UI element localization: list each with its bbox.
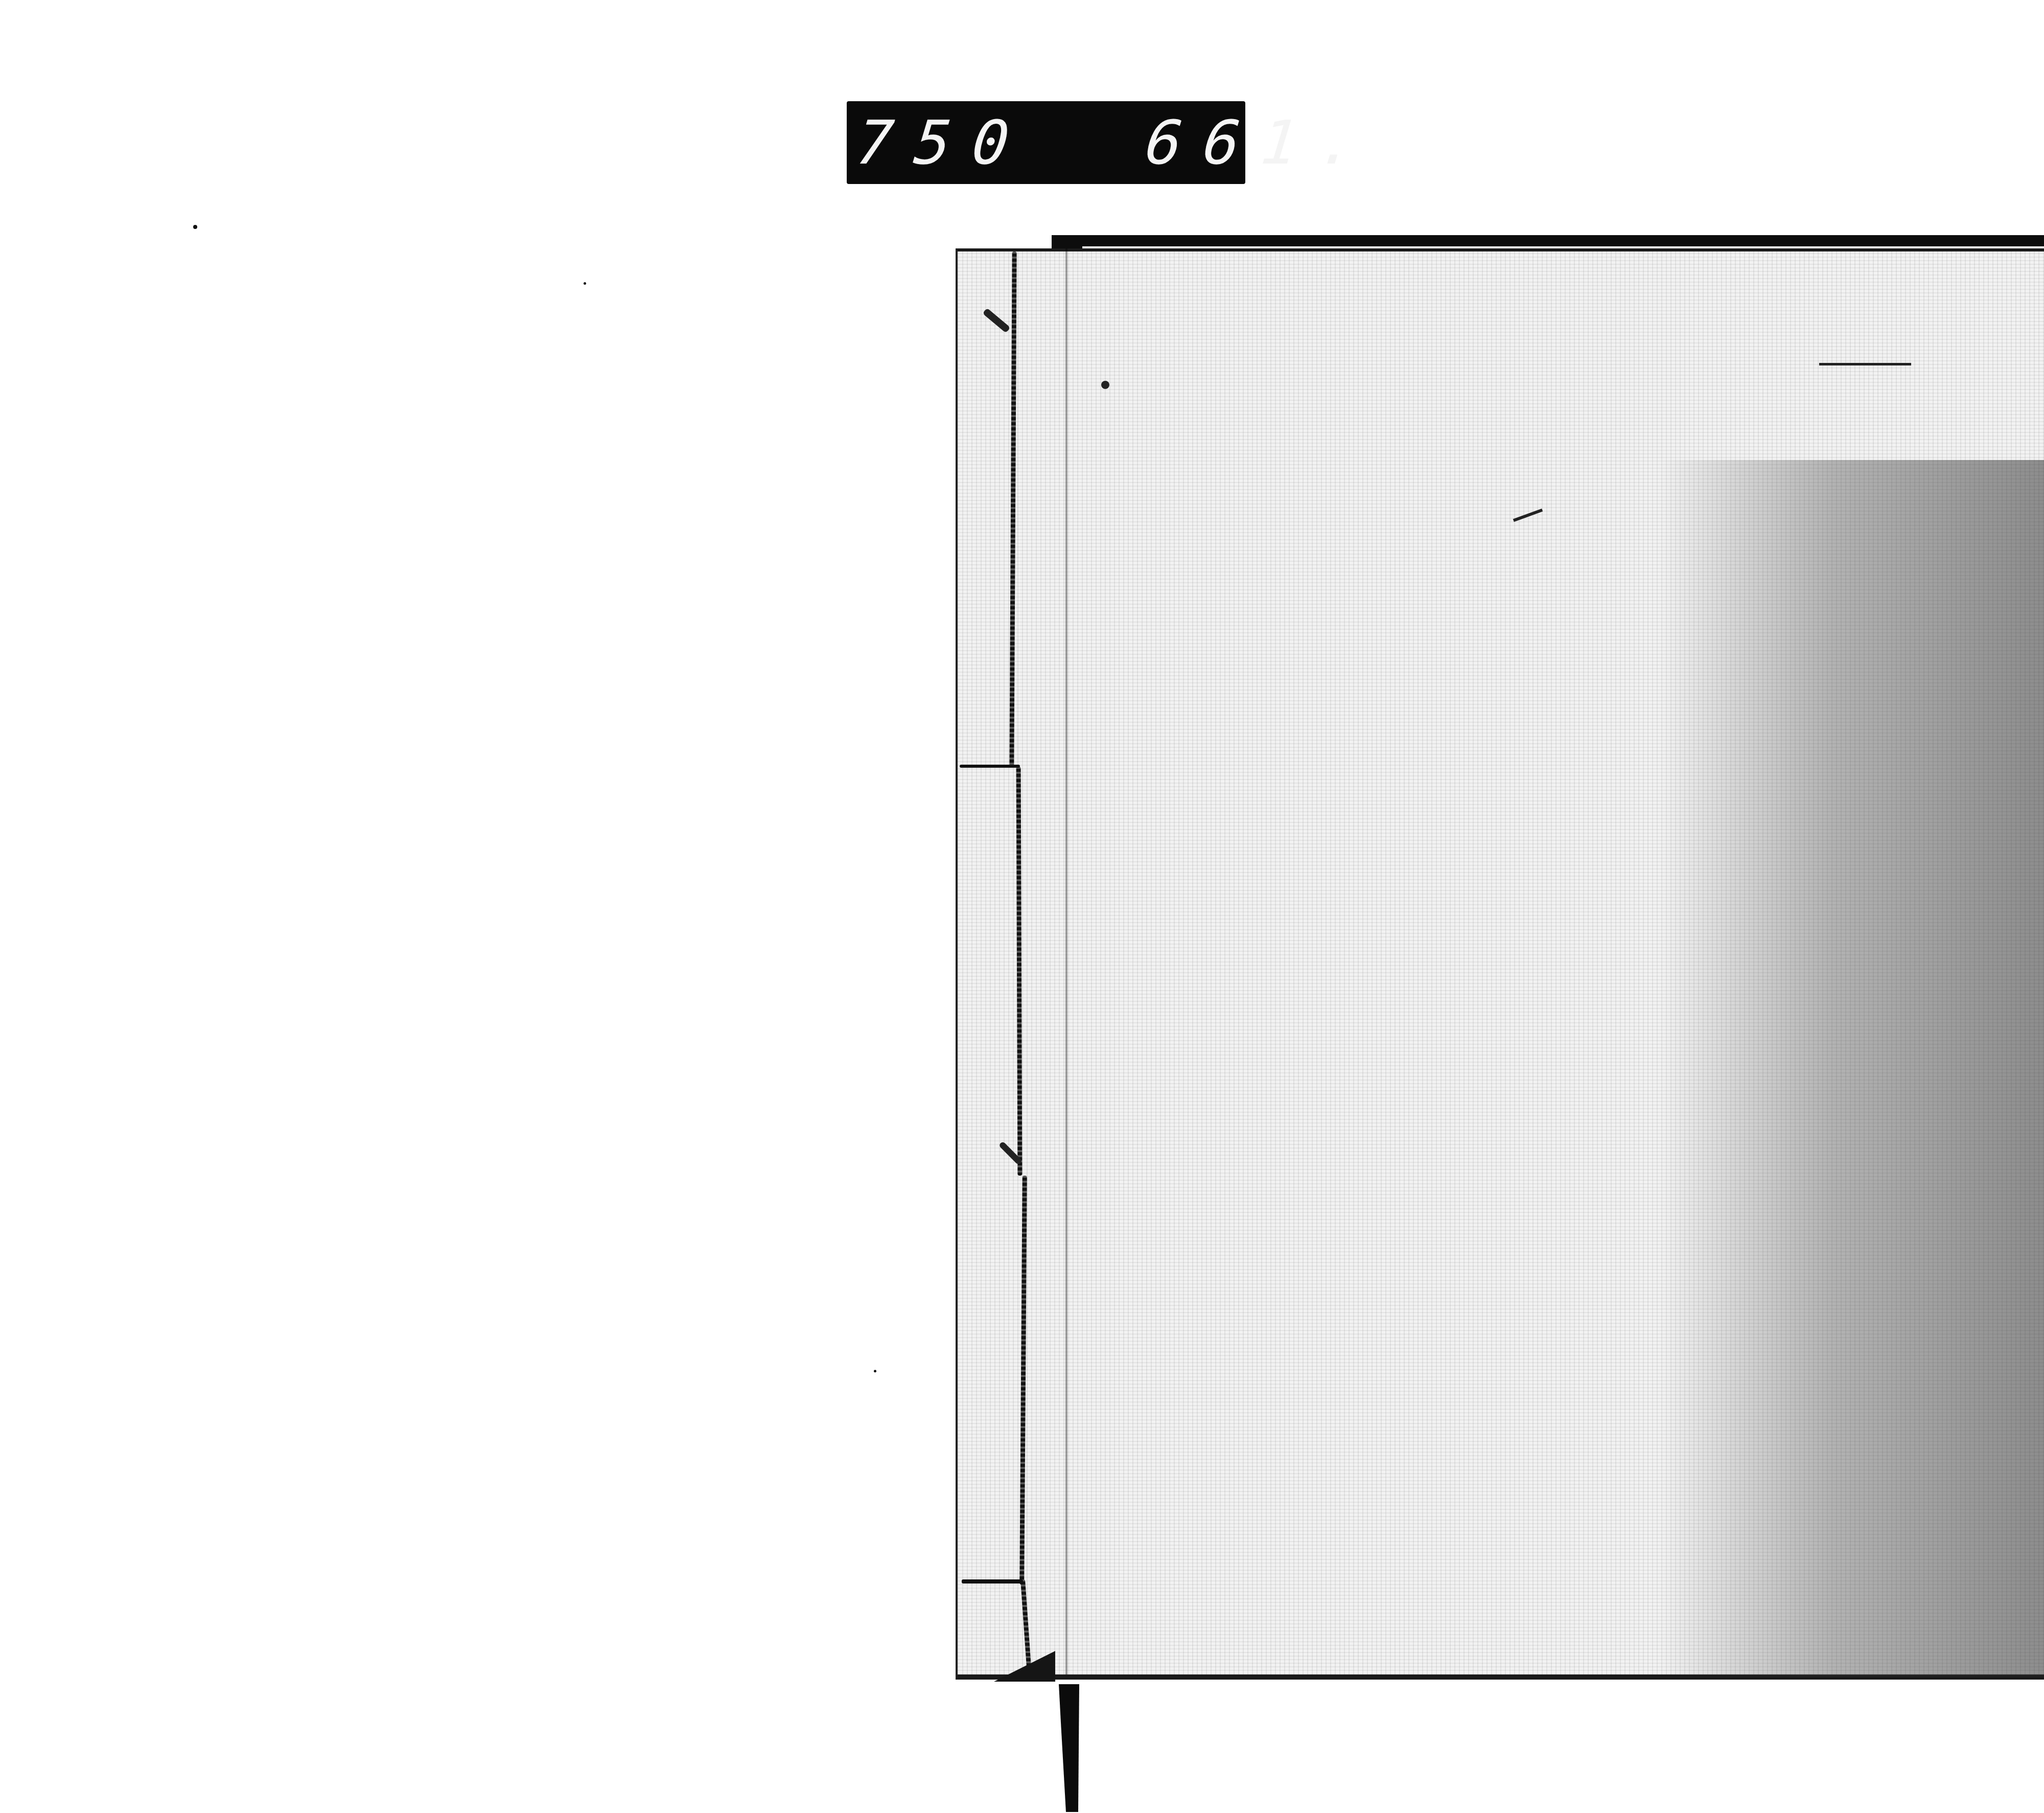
scan-speck: [874, 1370, 876, 1372]
call-number-text: 750 661.: [843, 107, 1381, 178]
cover-blemish: [1101, 381, 1109, 389]
scan-speck: [193, 225, 197, 229]
binding-stitch: [962, 1579, 1023, 1583]
scan-speck: [584, 282, 586, 285]
binding-tassel: [1059, 1684, 1079, 1812]
call-number-label: 750 661.: [847, 101, 1245, 184]
book-board-top-edge: [1052, 235, 2044, 246]
spine-fold-line: [1065, 248, 1067, 1674]
binding-stitch: [960, 765, 1020, 768]
cover-blemish: [1819, 363, 1911, 365]
book-cover: [956, 248, 2044, 1680]
